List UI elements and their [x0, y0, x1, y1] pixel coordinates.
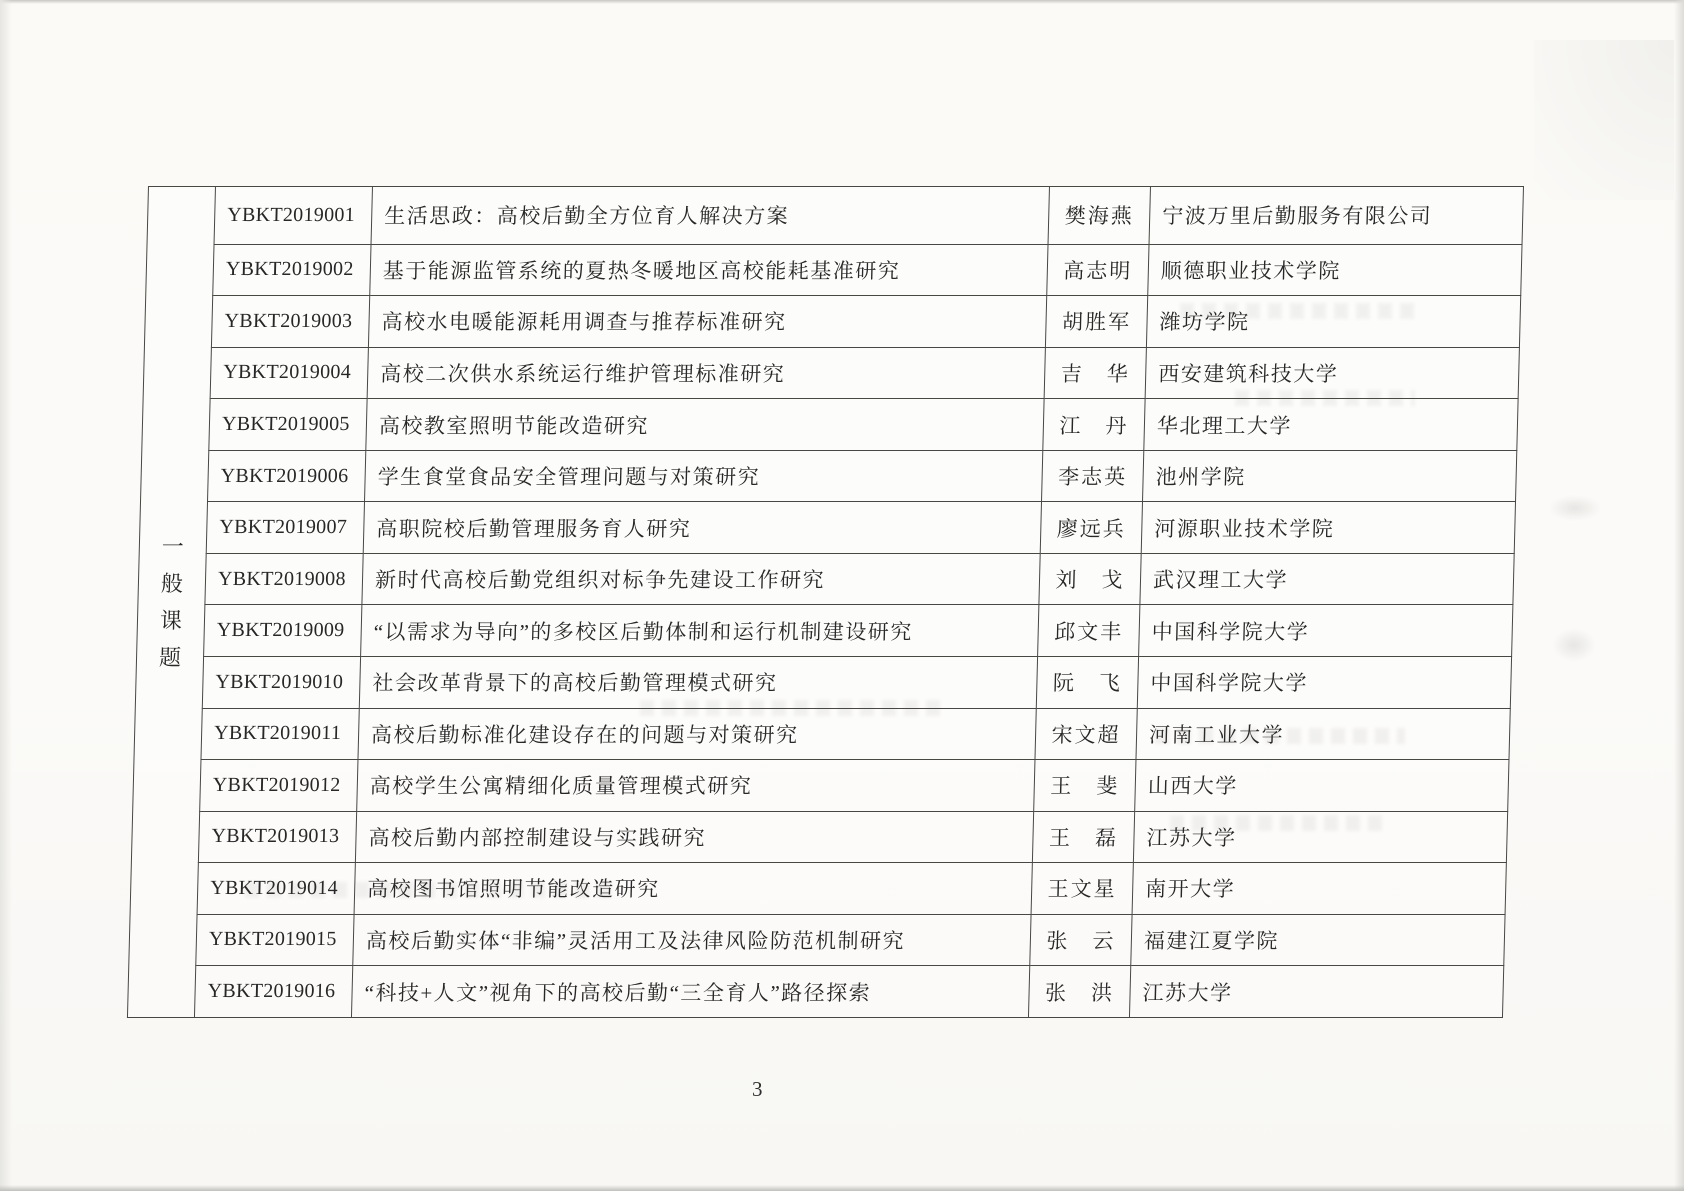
project-code: YBKT2019016	[194, 966, 352, 1018]
project-title: 生活思政：高校后勤全方位育人解决方案	[371, 187, 1049, 245]
project-leader: 宋文超	[1035, 708, 1137, 760]
project-institution: 宁波万里后勤服务有限公司	[1149, 187, 1523, 245]
project-code: YBKT2019015	[196, 914, 354, 966]
scan-bottom-edge	[0, 1185, 1684, 1191]
project-title: 学生食堂食品安全管理问题与对策研究	[365, 450, 1043, 502]
project-institution: 顺德职业技术学院	[1148, 244, 1522, 296]
project-leader: 王文星	[1031, 863, 1133, 915]
project-institution: 中国科学院大学	[1139, 605, 1513, 657]
project-leader: 樊海燕	[1048, 187, 1150, 245]
project-row: YBKT2019006学生食堂食品安全管理问题与对策研究李志英池州学院	[141, 450, 1517, 502]
scan-smudge	[1548, 495, 1602, 521]
project-leader: 邱文丰	[1038, 605, 1140, 657]
project-code: YBKT2019009	[204, 605, 362, 657]
project-code: YBKT2019012	[200, 760, 358, 812]
project-leader: 王 斐	[1034, 760, 1136, 812]
project-title: 高校教室照明节能改造研究	[366, 399, 1044, 451]
project-institution: 福建江夏学院	[1131, 914, 1505, 966]
project-row: YBKT2019009“以需求为导向”的多校区后勤体制和运行机制建设研究邱文丰中…	[137, 605, 1513, 657]
project-title: 高校后勤标准化建设存在的问题与对策研究	[358, 708, 1036, 760]
project-leader: 高志明	[1047, 244, 1149, 296]
project-leader: 江 丹	[1043, 399, 1145, 451]
project-institution: 河南工业大学	[1136, 708, 1510, 760]
project-leader: 胡胜军	[1045, 296, 1147, 348]
project-code: YBKT2019001	[214, 187, 372, 245]
project-title: “以需求为导向”的多校区后勤体制和运行机制建设研究	[361, 605, 1039, 657]
project-row: YBKT2019010社会改革背景下的高校后勤管理模式研究阮 飞中国科学院大学	[135, 656, 1511, 708]
project-code: YBKT2019011	[201, 708, 359, 760]
category-label-char: 课	[160, 610, 183, 632]
project-row: YBKT2019011高校后勤标准化建设存在的问题与对策研究宋文超河南工业大学	[134, 708, 1510, 760]
project-title: 新时代高校后勤党组织对标争先建设工作研究	[362, 553, 1040, 605]
project-code: YBKT2019005	[209, 399, 367, 451]
project-row: YBKT2019016“科技+人文”视角下的高校后勤“三全育人”路径探索张 洪江…	[127, 966, 1503, 1018]
project-institution: 河源职业技术学院	[1141, 502, 1515, 554]
project-institution: 西安建筑科技大学	[1145, 347, 1519, 399]
project-row: YBKT2019012高校学生公寓精细化质量管理模式研究王 斐山西大学	[133, 760, 1509, 812]
project-leader: 阮 飞	[1036, 656, 1138, 708]
project-code: YBKT2019014	[197, 863, 355, 915]
project-code: YBKT2019002	[213, 244, 371, 296]
project-table-body: 一般课题YBKT2019001生活思政：高校后勤全方位育人解决方案樊海燕宁波万里…	[127, 187, 1523, 1018]
project-title: 高校后勤实体“非编”灵活用工及法律风险防范机制研究	[353, 914, 1031, 966]
project-institution: 华北理工大学	[1144, 399, 1518, 451]
project-title: 基于能源监管系统的夏热冬暖地区高校能耗基准研究	[370, 244, 1048, 296]
project-code: YBKT2019003	[211, 296, 369, 348]
project-row: YBKT2019013高校后勤内部控制建设与实践研究王 磊江苏大学	[131, 811, 1507, 863]
project-leader: 李志英	[1042, 450, 1144, 502]
project-title: 高校图书馆照明节能改造研究	[354, 863, 1032, 915]
project-title: 高校学生公寓精细化质量管理模式研究	[357, 760, 1035, 812]
project-row: YBKT2019014高校图书馆照明节能改造研究王文星南开大学	[130, 863, 1506, 915]
project-row: YBKT2019004高校二次供水系统运行维护管理标准研究吉 华西安建筑科技大学	[143, 347, 1519, 399]
project-institution: 江苏大学	[1133, 811, 1507, 863]
project-institution: 中国科学院大学	[1137, 656, 1511, 708]
project-code: YBKT2019007	[206, 502, 364, 554]
category-label-char: 一	[162, 536, 185, 558]
project-row: YBKT2019002基于能源监管系统的夏热冬暖地区高校能耗基准研究高志明顺德职…	[146, 244, 1522, 296]
project-institution: 南开大学	[1132, 863, 1506, 915]
project-title: 高校二次供水系统运行维护管理标准研究	[367, 347, 1045, 399]
project-title: 高职院校后勤管理服务育人研究	[363, 502, 1041, 554]
category-label: 一般课题	[138, 536, 205, 669]
project-institution: 江苏大学	[1129, 966, 1503, 1018]
project-leader: 刘 戈	[1039, 553, 1141, 605]
project-row: YBKT2019015高校后勤实体“非编”灵活用工及法律风险防范机制研究张 云福…	[129, 914, 1505, 966]
project-row: YBKT2019005高校教室照明节能改造研究江 丹华北理工大学	[142, 399, 1518, 451]
project-leader: 张 洪	[1028, 966, 1130, 1018]
page-number: 3	[752, 1077, 763, 1102]
project-institution: 池州学院	[1143, 450, 1517, 502]
project-institution: 潍坊学院	[1146, 296, 1520, 348]
project-title: 高校后勤内部控制建设与实践研究	[355, 811, 1033, 863]
project-code: YBKT2019004	[210, 347, 368, 399]
project-leader: 王 磊	[1032, 811, 1134, 863]
project-leader: 吉 华	[1044, 347, 1146, 399]
project-leader: 张 云	[1030, 914, 1132, 966]
scan-top-edge	[0, 0, 1684, 4]
project-title: 社会改革背景下的高校后勤管理模式研究	[359, 656, 1037, 708]
project-code: YBKT2019013	[198, 811, 356, 863]
project-code: YBKT2019010	[202, 656, 360, 708]
scan-smudge	[1552, 628, 1596, 662]
category-label-char: 般	[161, 573, 184, 595]
project-row: YBKT2019008新时代高校后勤党组织对标争先建设工作研究刘 戈武汉理工大学	[138, 553, 1514, 605]
project-institution: 山西大学	[1135, 760, 1509, 812]
category-label-char: 题	[159, 647, 182, 669]
project-title: “科技+人文”视角下的高校后勤“三全育人”路径探索	[351, 966, 1029, 1018]
project-code: YBKT2019006	[208, 450, 366, 502]
project-code: YBKT2019008	[205, 553, 363, 605]
project-leader: 廖远兵	[1040, 502, 1142, 554]
project-row: YBKT2019003高校水电暖能源耗用调查与推荐标准研究胡胜军潍坊学院	[144, 296, 1520, 348]
project-approval-table: 一般课题YBKT2019001生活思政：高校后勤全方位育人解决方案樊海燕宁波万里…	[127, 186, 1524, 1018]
project-row: 一般课题YBKT2019001生活思政：高校后勤全方位育人解决方案樊海燕宁波万里…	[147, 187, 1523, 245]
scan-left-edge	[0, 0, 12, 1191]
project-title: 高校水电暖能源耗用调查与推荐标准研究	[368, 296, 1046, 348]
scan-corner-shade	[1534, 40, 1674, 200]
project-row: YBKT2019007高职院校后勤管理服务育人研究廖远兵河源职业技术学院	[139, 502, 1515, 554]
scan-right-edge	[1674, 0, 1684, 1191]
project-institution: 武汉理工大学	[1140, 553, 1514, 605]
